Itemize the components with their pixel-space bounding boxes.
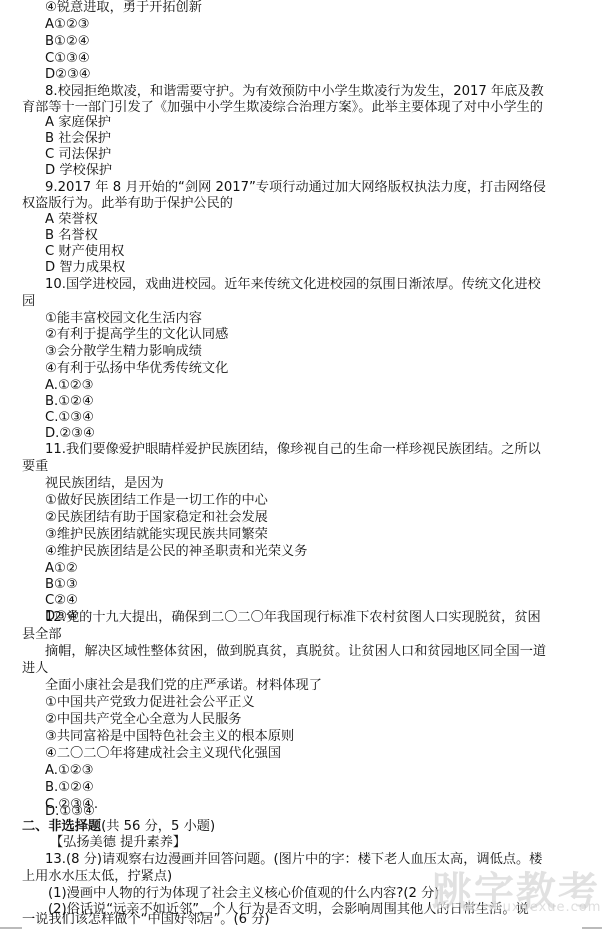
q10-choice-c: C.①③④ (45, 410, 94, 426)
q11-choice-b: B①③ (45, 577, 78, 593)
q7-choice-a: A①②③ (45, 17, 90, 33)
q11-option-1: ①做好民族团结工作是一切工作的中心 (45, 493, 268, 509)
q7-choice-c: C①③④ (45, 51, 90, 67)
q11-choice-a: A①② (45, 561, 78, 577)
q11-option-3: ③维护民族团结就能实现民族共同繁荣 (45, 527, 268, 543)
q12-choice-b: B.①②④ (45, 780, 94, 796)
q11-option-2: ②民族团结有助于国家稳定和社会发展 (45, 510, 268, 526)
q12-option-4: ④二〇二〇年将建成社会主义现代化强国 (45, 746, 281, 762)
section-2-heading: 二、非选择题(共 56 分，5 小题) (22, 819, 215, 835)
q10-choice-b: B.①②④ (45, 394, 94, 410)
q12-stem-line4: 进人 (22, 661, 48, 677)
q9-choice-b: B 名誉权 (45, 228, 98, 244)
q10-choice-a: A.①②③ (45, 378, 93, 394)
q9-stem-line2: 权盗版行为。此举有助于保护公民的 (22, 196, 233, 212)
q13-stem-line2: 上用水水压太低，拧紧点) (22, 869, 172, 885)
q12-stem-line2: 县全部 (22, 627, 62, 643)
q7-choice-b: B①②④ (45, 34, 90, 50)
q11-option-4: ④维护民族团结是公民的神圣职责和光荣义务 (45, 544, 307, 560)
q8-choice-c: C 司法保护 (45, 147, 111, 163)
q13-stem-line1: 13.(8 分)请观察右边漫画并回答问题。(图片中的字：楼下老人血压太高，调低点… (45, 852, 542, 868)
q12-choice-a: A.①②③ (45, 763, 93, 779)
q12-option-1: ①中国共产党致力促进社会公平正义 (45, 695, 255, 711)
q11-choice-c: C②④ (45, 593, 78, 609)
q8-choice-a: A 家庭保护 (45, 115, 111, 131)
q12-choice-d: D.①③④ (45, 804, 95, 820)
q9-choice-d: D 智力成果权 (45, 260, 125, 276)
q9-choice-a: A 荣誉权 (45, 212, 98, 228)
q12-option-3: ③共同富裕是中国特色社会主义的根本原则 (45, 729, 294, 745)
q7-option-4: ④锐意进取，勇于开拓创新 (45, 0, 202, 16)
q10-stem-line2: 园 (22, 294, 35, 310)
section-2-subtitle: 【弘扬美德 提升素养】 (50, 835, 186, 851)
q10-option-2: ②有利于提高学生的文化认同感 (45, 327, 228, 343)
q13-subquestion-2-line2: 一说我们该怎样做个“中国好邻居”。(6 分) (22, 912, 270, 928)
q8-stem-line2: 育部等十一部门引发了《加强中小学生欺凌综合治理方案》。此举主要体现了对中小学生的 (22, 100, 543, 116)
q8-choice-d: D 学校保护 (45, 163, 112, 179)
section-2-title: 二、非选择题 (22, 819, 101, 834)
bottom-right-edge-mark (582, 927, 602, 929)
q10-option-1: ①能丰富校园文化生活内容 (45, 311, 202, 327)
q11-stem-line1: 11.我们要像爱护眼睛样爱护民族团结，像珍视自己的生命一样珍视民族团结。之所以 (45, 442, 541, 458)
document-page: ④锐意进取，勇于开拓创新 A①②③ B①②④ C①③④ D②③④ 8.校园拒绝欺… (0, 0, 602, 930)
q12-option-2: ②中国共产党全心全意为人民服务 (45, 712, 241, 728)
q12-stem-line1: 12.党的十九大提出，确保到二〇二〇年我国现行标准下农村贫图人口实现脱贫，贫困 (45, 610, 541, 626)
q10-option-3: ③会分散学生精力影响成绩 (45, 344, 202, 360)
q10-stem-line1: 10.国学进校园，戏曲进校园。近年来传统文化进校园的氛围日渐浓厚。传统文化进校 (45, 277, 541, 293)
q13-subquestion-1: (1)漫画中人物的行为体现了社会主义核心价值观的什么内容?(2 分) (48, 886, 439, 902)
q11-stem-line3: 视民族团结，是因为 (45, 476, 164, 492)
q12-stem-line3: 摘帽，解决区域性整体贫困，做到脱真贫，真脱贫。让贫困人口和贫园地区同全国一道 (45, 644, 546, 660)
q9-choice-c: C 财产使用权 (45, 244, 124, 260)
q11-stem-line2: 要重 (22, 459, 48, 475)
q8-stem-line1: 8.校园拒绝欺凌，和谐需要守护。为有效预防中小学生欺凌行为发生，2017 年底及… (45, 84, 544, 100)
bottom-left-edge-mark (0, 927, 22, 929)
q12-stem-line5: 全面小康社会是我们党的庄严承诺。材料体现了 (45, 678, 322, 694)
q10-choice-d: D.②③④ (45, 426, 95, 442)
q9-stem-line1: 9.2017 年 8 月开始的“剑网 2017”专项行动通过加大网络版权执法力度… (45, 180, 546, 196)
q7-choice-d: D②③④ (45, 67, 91, 83)
section-2-score-info: (共 56 分，5 小题) (101, 819, 215, 834)
q10-option-4: ④有利于弘扬中华优秀传统文化 (45, 361, 228, 377)
q8-choice-b: B 社会保护 (45, 131, 111, 147)
